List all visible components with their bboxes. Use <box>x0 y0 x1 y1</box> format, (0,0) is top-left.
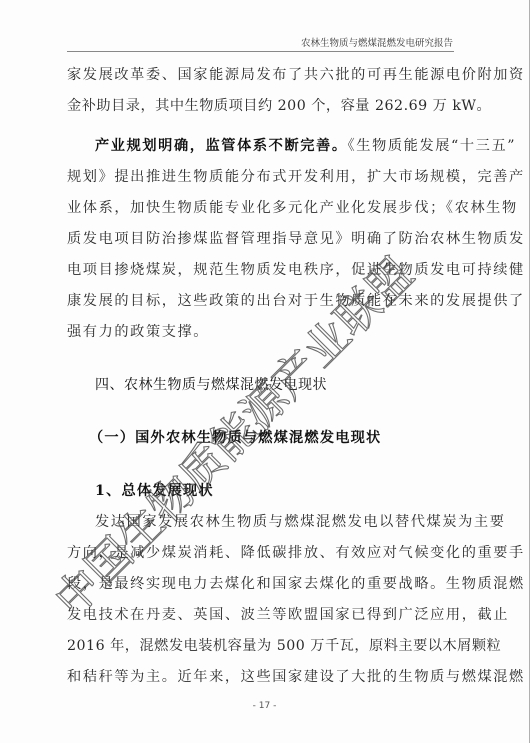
text-line: 发达国家发展农林生物质与燃煤混燃发电以替代煤炭为主要 <box>67 513 455 531</box>
page-number: - 17 - <box>0 701 529 711</box>
text-line: 家发展改革委、国家能源局发布了共六批的可再生能源电价附加资 <box>67 66 455 84</box>
text-line: 电项目掺烧煤炭，规范生物质发电秩序，促进生物质发电可持续健 <box>67 261 455 279</box>
paragraph-overall-development: 发达国家发展农林生物质与燃煤混燃发电以替代煤炭为主要 方向，是减少煤炭消耗、降低… <box>67 513 455 686</box>
subsubsection-heading: 1、总体发展现状 <box>67 482 455 500</box>
paragraph-renewable-subsidy: 家发展改革委、国家能源局发布了共六批的可再生能源电价附加资 金补助目录，其中生物… <box>67 66 455 115</box>
text-line: 产业规划明确，监管体系不断完善。《生物质能发展“十三五” <box>67 137 455 155</box>
text-line: 质发电项目防治掺煤监督管理指导意见》明确了防治农林生物质发 <box>67 230 455 248</box>
text-line: 规划》提出推进生物质能分布式开发利用，扩大市场规模，完善产 <box>67 168 455 186</box>
lead-bold-phrase: 产业规划明确，监管体系不断完善。 <box>95 138 348 154</box>
text-line: 2016 年，混燃发电装机容量为 500 万千瓦，原料主要以木屑颗粒 <box>67 637 455 655</box>
text-line: 康发展的目标，这些政策的出台对于生物质能在未来的发展提供了 <box>67 292 455 310</box>
text-line: 金补助目录，其中生物质项目约 200 个，容量 262.69 万 kW。 <box>67 97 455 115</box>
text-line: 方向，是减少煤炭消耗、降低碳排放、有效应对气候变化的重要手 <box>67 544 455 562</box>
text-line: 发电技术在丹麦、英国、波兰等欧盟国家已得到广泛应用，截止 <box>67 606 455 624</box>
text-line: 段，是最终实现电力去煤化和国家去煤化的重要战略。生物质混燃 <box>67 575 455 593</box>
page-content: 家发展改革委、国家能源局发布了共六批的可再生能源电价附加资 金补助目录，其中生物… <box>67 66 455 686</box>
subsection-heading: （一）国外农林生物质与燃煤混燃发电现状 <box>67 429 455 447</box>
header-rule <box>67 51 454 52</box>
section-heading: 四、农林生物质与燃煤混燃发电现状 <box>67 376 455 394</box>
document-page: 农林生物质与燃煤混燃发电研究报告 家发展改革委、国家能源局发布了共六批的可再生能… <box>0 0 529 743</box>
text-line: 强有力的政策支撑。 <box>67 323 455 341</box>
text-line: 和秸秆等为主。近年来，这些国家建设了大批的生物质与燃煤混燃 <box>67 668 455 686</box>
running-header: 农林生物质与燃煤混燃发电研究报告 <box>67 38 453 49</box>
text-fragment: 《生物质能发展“十三五” <box>348 138 516 154</box>
text-line: 业体系，加快生物质能专业化多元化产业化发展步伐；《农林生物 <box>67 199 455 217</box>
paragraph-policy-planning: 产业规划明确，监管体系不断完善。《生物质能发展“十三五” 规划》提出推进生物质能… <box>67 137 455 341</box>
